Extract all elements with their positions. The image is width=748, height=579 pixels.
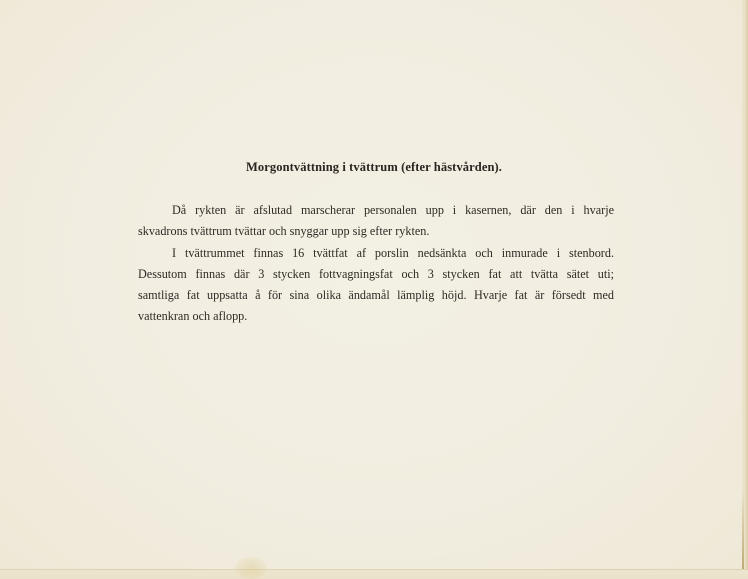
page-edge-bottom <box>0 569 748 579</box>
paragraph-2: I tvättrummet finnas 16 tvättfat af pors… <box>138 243 614 328</box>
text-line: samtliga fat uppsatta å för sina olika ä… <box>138 285 614 306</box>
text-line: Då rykten är afslutad marscherar persona… <box>138 200 614 221</box>
text-line: skvadrons tvättrum tvättar och snyggar u… <box>138 221 614 242</box>
document-page: Morgontvättning i tvättrum (efter hästvå… <box>0 0 748 579</box>
page-title: Morgontvättning i tvättrum (efter hästvå… <box>0 160 748 175</box>
text-line: Dessutom finnas där 3 stycken fottvagnin… <box>138 264 614 285</box>
page-crease <box>742 490 744 579</box>
text-line: I tvättrummet finnas 16 tvättfat af pors… <box>138 243 614 264</box>
text-line: vattenkran och aflopp. <box>138 306 614 327</box>
body-text: Då rykten är afslutad marscherar persona… <box>138 200 614 328</box>
paragraph-1: Då rykten är afslutad marscherar persona… <box>138 200 614 243</box>
paper-stain <box>235 557 267 579</box>
